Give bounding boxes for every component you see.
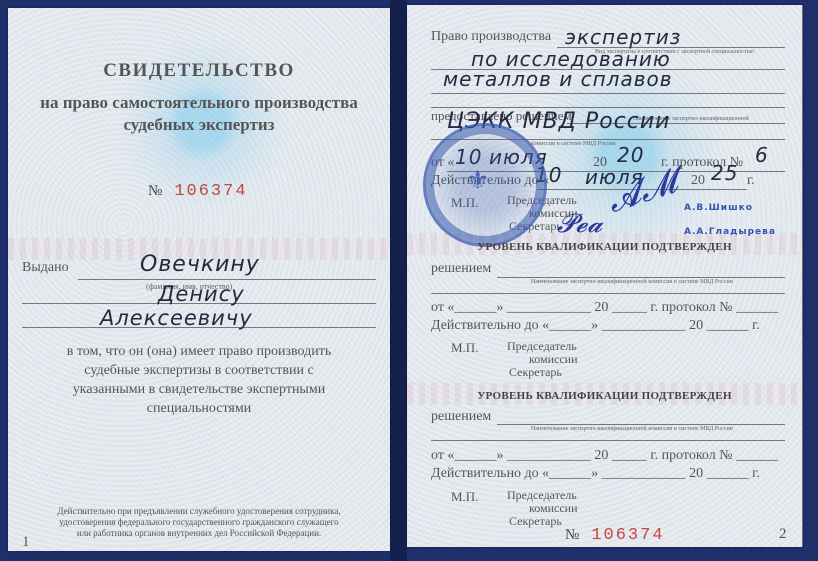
confirmation-2-valid-line: Действительно до «______» ____________ 2…: [431, 466, 760, 482]
confirmation-2-decision-hint: Наименование экспертно-квалификационной …: [531, 426, 733, 432]
valid-year-prefix: 20: [691, 173, 705, 189]
stamp-emblem-icon: ⚜: [466, 166, 489, 196]
confirmation-2-heading: УРОВЕНЬ КВАЛИФИКАЦИИ ПОДТВЕРЖДЕН: [407, 390, 802, 402]
confirmation-2-date-line: от «______» ____________ 20 _____ г. про…: [431, 448, 778, 464]
certificate-subtitle-2: судебных экспертиз: [8, 114, 390, 135]
confirmation-2-seal-label: М.П.: [451, 489, 478, 505]
confirmation-2-decision-line-2: [431, 440, 785, 441]
page-number-1: 1: [22, 534, 30, 551]
specialty-text-1: экспертиз: [565, 25, 681, 49]
secretary-signature: 𝓟𝓮𝓪: [557, 209, 602, 240]
certificate-page-1: СВИДЕТЕЛЬСТВО на право самостоятельного …: [8, 8, 390, 551]
number-sign: №: [565, 527, 579, 543]
serial-number: 106374: [174, 182, 247, 201]
serial-number-block: № 106374: [148, 182, 248, 201]
confirmation-2-decision-label: решением: [431, 409, 491, 425]
confirmation-1-seal-label: М.П.: [451, 340, 478, 356]
issued-surname: Овечкину: [140, 252, 260, 277]
valid-suffix: г.: [747, 173, 755, 189]
issued-line-1: [78, 279, 376, 280]
issued-patronymic: Алексеевичу: [100, 306, 253, 330]
serial-number-block: № 106374: [565, 526, 665, 545]
certificate-title: СВИДЕТЕЛЬСТВО: [8, 60, 390, 82]
footer-line-1: Действительно при предъявлении служебног…: [8, 506, 390, 517]
number-sign: №: [148, 183, 162, 199]
footer-line-3: или работника органов внутренних дел Рос…: [8, 528, 390, 539]
serial-number: 106374: [591, 526, 664, 545]
confirmation-1-secretary: Секретарь: [509, 365, 562, 380]
confirmation-1-date-line: от «______» ____________ 20 _____ г. про…: [431, 300, 778, 316]
confirmation-1-decision-hint: Наименование экспертно-квалификационной …: [531, 279, 733, 285]
confirmation-1-decision-line-2: [431, 293, 785, 294]
specialty-line-3: [431, 93, 785, 94]
right-label: Право производства: [431, 29, 551, 45]
chairman-name: А.В.Шишко: [684, 203, 753, 213]
confirmation-2-secretary: Секретарь: [509, 514, 562, 529]
secretary-name: А.А.Гладырева: [684, 227, 776, 237]
page-number-2: 2: [779, 526, 787, 543]
official-stamp: ⚜: [423, 123, 547, 247]
confirmation-1-heading: УРОВЕНЬ КВАЛИФИКАЦИИ ПОДТВЕРЖДЕН: [407, 241, 802, 253]
confirmation-1-decision-label: решением: [431, 261, 491, 277]
specialty-text-3: металлов и сплавов: [443, 67, 673, 91]
valid-year: 25: [711, 161, 738, 185]
certificate-page-2: Право производства Вид экспертизы в соот…: [407, 5, 803, 547]
statement-line-4: специальностями: [8, 399, 390, 418]
statement-line-2: судебные экспертизы в соответствии с: [8, 361, 390, 380]
issued-label: Выдано: [22, 260, 69, 276]
certificate-subtitle-1: на право самостоятельного производства: [8, 92, 390, 113]
statement-line-1: в том, что он (она) имеет право производ…: [8, 342, 390, 361]
confirmation-1-valid-line: Действительно до «______» ____________ 2…: [431, 318, 760, 334]
statement-line-3: указанными в свидетельстве экспертными: [8, 380, 390, 399]
footer-line-2: удостоверения федерального государственн…: [8, 517, 390, 528]
confirmation-2-decision-line: [497, 424, 785, 425]
confirmation-1-decision-line: [497, 277, 785, 278]
issued-name: Денису: [158, 282, 245, 306]
book-spine: [390, 0, 407, 561]
protocol-number: 6: [755, 143, 769, 167]
date-year: 20: [617, 143, 644, 167]
